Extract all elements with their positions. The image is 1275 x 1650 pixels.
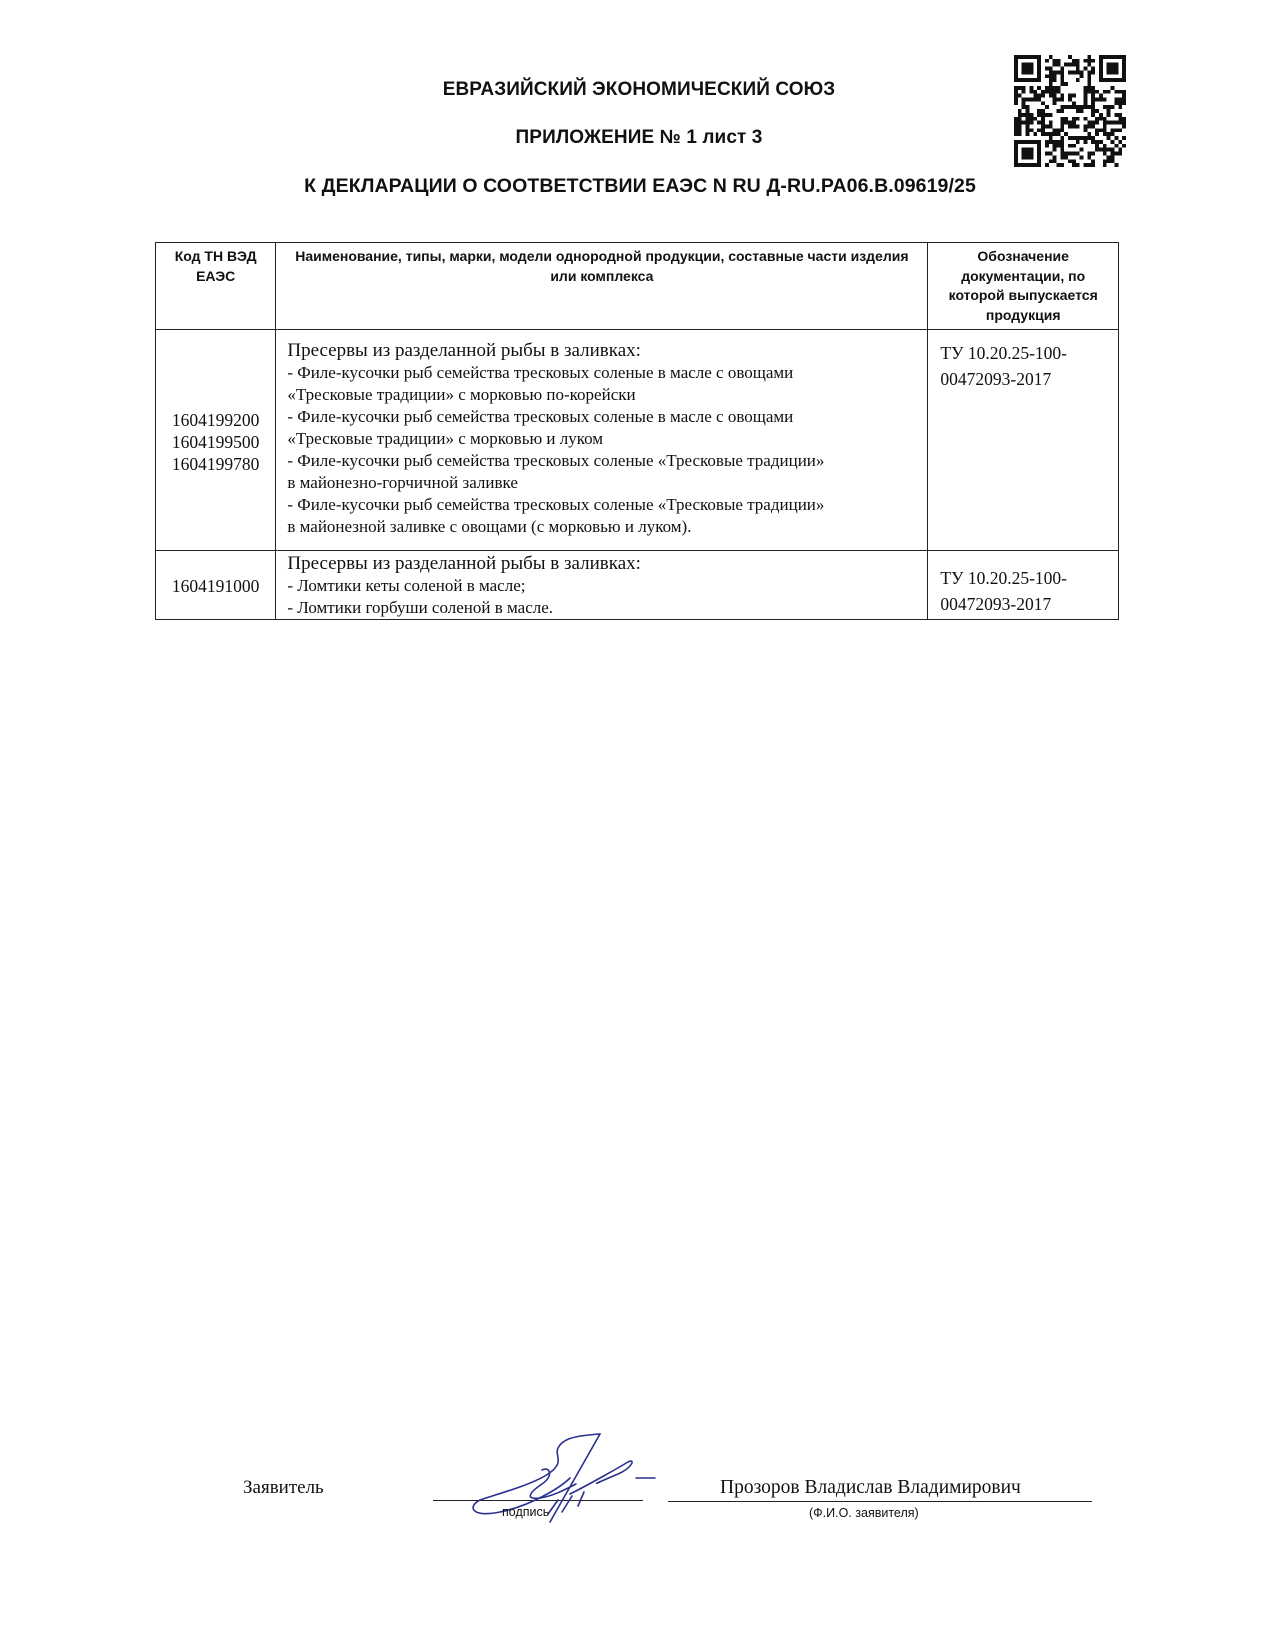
product-group-title: Пресервы из разделанной рыбы в заливках: <box>287 340 921 362</box>
product-line: - Филе-кусочки рыб семейства тресковых с… <box>287 450 921 472</box>
signature-caption: подпись <box>502 1505 549 1519</box>
handwritten-signature-icon <box>450 1418 690 1528</box>
code-value: 1604199500 <box>160 431 271 453</box>
product-group-title: Пресервы из разделанной рыбы в заливках: <box>287 553 921 575</box>
product-line: - Филе-кусочки рыб семейства тресковых с… <box>287 362 921 384</box>
doc-line: ТУ 10.20.25-100- <box>940 565 1110 591</box>
product-line: «Тресковые традиции» с морковью по-корей… <box>287 384 921 406</box>
product-line: - Филе-кусочки рыб семейства тресковых с… <box>287 406 921 428</box>
product-description-cell: Пресервы из разделанной рыбы в заливках:… <box>276 330 928 551</box>
product-line: в майонезной заливке с овощами (с морков… <box>287 516 921 538</box>
table-row: 1604199200 1604199500 1604199780 Пресерв… <box>156 330 1119 551</box>
declaration-table: Код ТН ВЭД ЕАЭС Наименование, типы, марк… <box>155 242 1119 620</box>
code-cell: 1604199200 1604199500 1604199780 <box>156 330 276 551</box>
code-value: 1604199780 <box>160 453 271 475</box>
product-description-cell: Пресервы из разделанной рыбы в заливках:… <box>276 551 928 620</box>
applicant-label: Заявитель <box>243 1477 324 1499</box>
code-cell: 1604191000 <box>156 551 276 620</box>
code-value: 1604199200 <box>160 409 271 431</box>
product-line: - Ломтики горбуши соленой в масле. <box>287 597 921 619</box>
doc-line: 00472093-2017 <box>940 591 1110 617</box>
documentation-cell: ТУ 10.20.25-100- 00472093-2017 <box>928 551 1119 620</box>
header-name: Наименование, типы, марки, модели одноро… <box>276 243 928 330</box>
doc-line: ТУ 10.20.25-100- <box>940 340 1110 366</box>
product-line: «Тресковые традиции» с морковью и луком <box>287 428 921 450</box>
table-header-row: Код ТН ВЭД ЕАЭС Наименование, типы, марк… <box>156 243 1119 330</box>
header-doc: Обозначение документации, по которой вып… <box>928 243 1119 330</box>
product-line: - Ломтики кеты соленой в масле; <box>287 575 921 597</box>
applicant-name: Прозоров Владислав Владимирович <box>720 1477 1021 1499</box>
documentation-cell: ТУ 10.20.25-100- 00472093-2017 <box>928 330 1119 551</box>
declaration-title: К ДЕКЛАРАЦИИ О СООТВЕТСТВИИ ЕАЭС N RU Д-… <box>0 175 1275 198</box>
qr-code-icon <box>1014 55 1126 167</box>
product-line: - Филе-кусочки рыб семейства тресковых с… <box>287 494 921 516</box>
table-row: 1604191000 Пресервы из разделанной рыбы … <box>156 551 1119 620</box>
code-value: 1604191000 <box>160 575 271 597</box>
product-line: в майонезно-горчичной заливке <box>287 472 921 494</box>
header-code: Код ТН ВЭД ЕАЭС <box>156 243 276 330</box>
name-line <box>668 1501 1092 1502</box>
doc-line: 00472093-2017 <box>940 366 1110 392</box>
name-caption: (Ф.И.О. заявителя) <box>809 1506 919 1520</box>
